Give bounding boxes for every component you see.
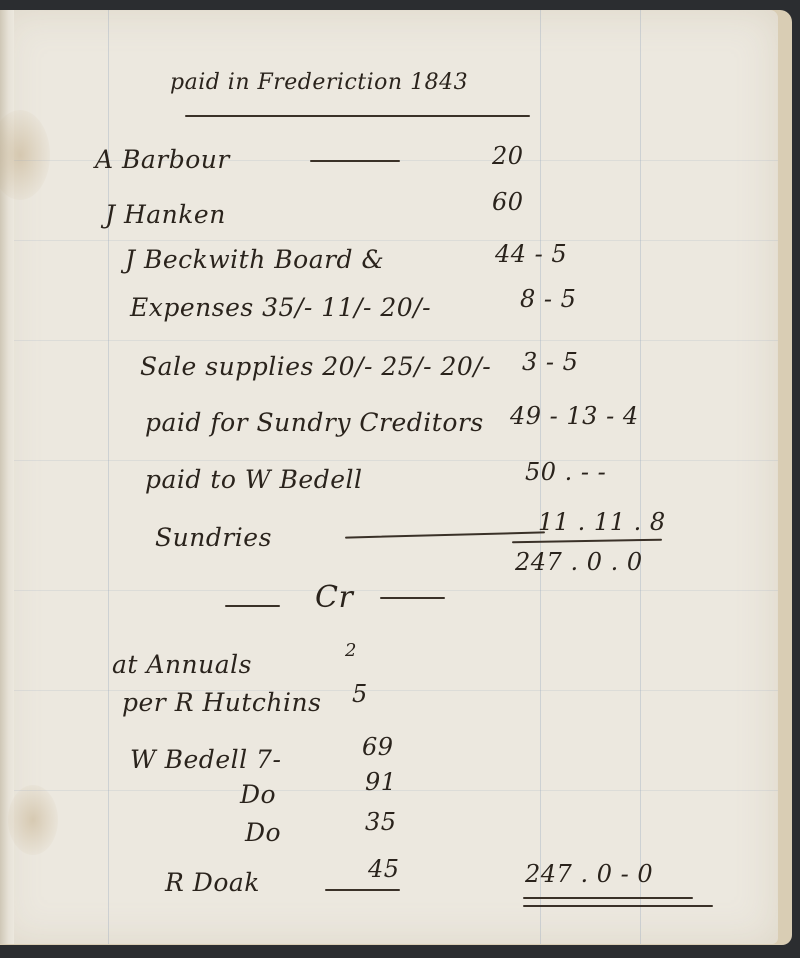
- sum-line: [325, 889, 400, 891]
- entry-amount: 44 - 5: [495, 240, 567, 268]
- double-underline: [523, 897, 693, 899]
- column-rule: [640, 10, 641, 944]
- entry-amount: 2: [345, 640, 357, 661]
- entry-label: Sundries: [155, 523, 272, 552]
- entry-label: per R Hutchins: [122, 688, 321, 717]
- entry-amount: 11 . 11 . 8: [538, 508, 666, 536]
- entry-amount: 45: [368, 855, 400, 883]
- entry-label: paid for Sundry Creditors: [145, 408, 484, 437]
- ledger-rule: [14, 590, 778, 591]
- entry-amount: 35: [365, 808, 397, 836]
- entry-amount: 3 - 5: [522, 348, 578, 376]
- entry-amount: 20: [492, 142, 524, 170]
- entry-amount: 49 - 13 - 4: [510, 402, 639, 430]
- credit-heading: Cr: [315, 580, 353, 615]
- entry-amount: 8 - 5: [520, 285, 576, 313]
- entry-label: paid to W Bedell: [145, 465, 363, 494]
- title-underline: [185, 115, 530, 117]
- heading-dash: [225, 605, 280, 607]
- entry-amount: 50 . - -: [525, 458, 606, 486]
- credit-total: 247 . 0 - 0: [525, 860, 653, 888]
- entry-label: Do: [240, 780, 276, 809]
- entry-label: Sale supplies 20/- 25/- 20/-: [140, 352, 491, 381]
- heading-dash: [380, 597, 445, 599]
- page-title: paid in Frederiction 1843: [170, 70, 468, 95]
- entry-label: J Beckwith Board &: [125, 245, 384, 274]
- entry-label: at Annuals: [112, 650, 252, 679]
- leader-line: [310, 160, 400, 162]
- entry-label: Expenses 35/- 11/- 20/-: [130, 293, 431, 322]
- entry-amount: 5: [352, 680, 368, 708]
- entry-amount: 91: [365, 768, 397, 796]
- debit-total: 247 . 0 . 0: [515, 548, 643, 576]
- entry-label: W Bedell 7-: [130, 745, 281, 774]
- ledger-rule: [14, 460, 778, 461]
- entry-label: R Doak: [165, 868, 260, 897]
- entry-label: J Hanken: [105, 200, 226, 229]
- ledger-rule: [14, 240, 778, 241]
- entry-label: A Barbour: [95, 145, 230, 174]
- double-underline: [523, 905, 713, 907]
- entry-label: Do: [245, 818, 281, 847]
- entry-amount: 69: [362, 733, 394, 761]
- ledger-rule: [14, 340, 778, 341]
- foxing-stain: [8, 785, 58, 855]
- entry-amount: 60: [492, 188, 524, 216]
